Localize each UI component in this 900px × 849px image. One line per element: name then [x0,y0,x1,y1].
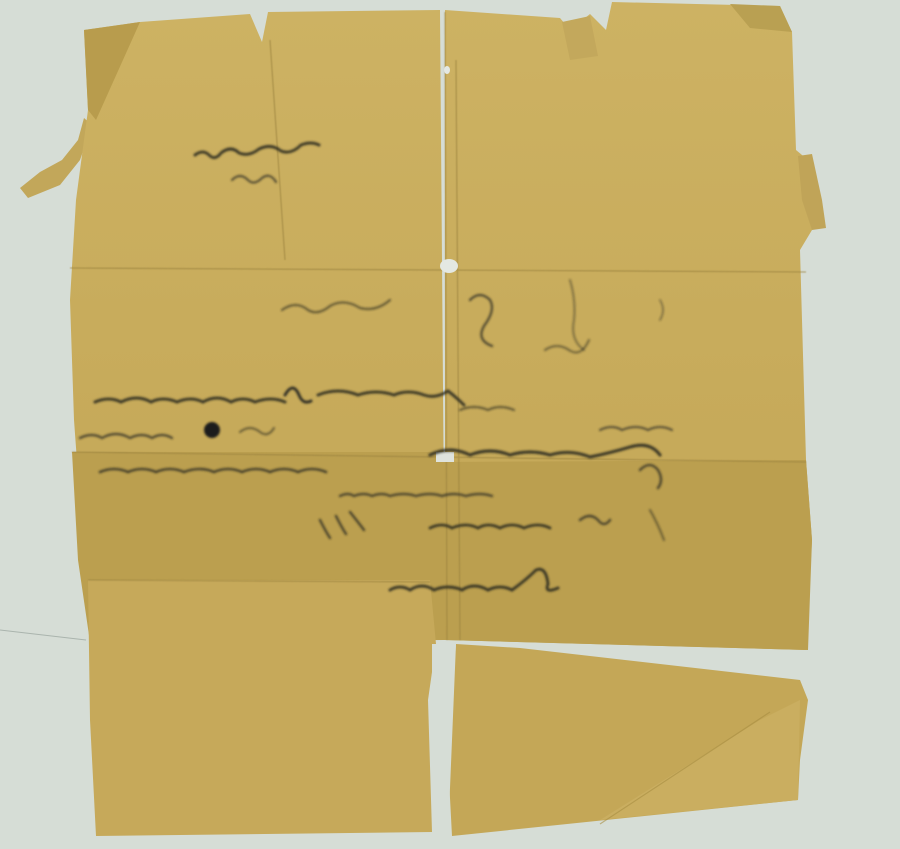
hole-1 [440,259,458,273]
hole-3 [436,452,454,462]
hole-2 [444,66,450,74]
paper-document [0,0,900,849]
paper-bottom-left [88,580,436,836]
photo-scene [0,0,900,849]
